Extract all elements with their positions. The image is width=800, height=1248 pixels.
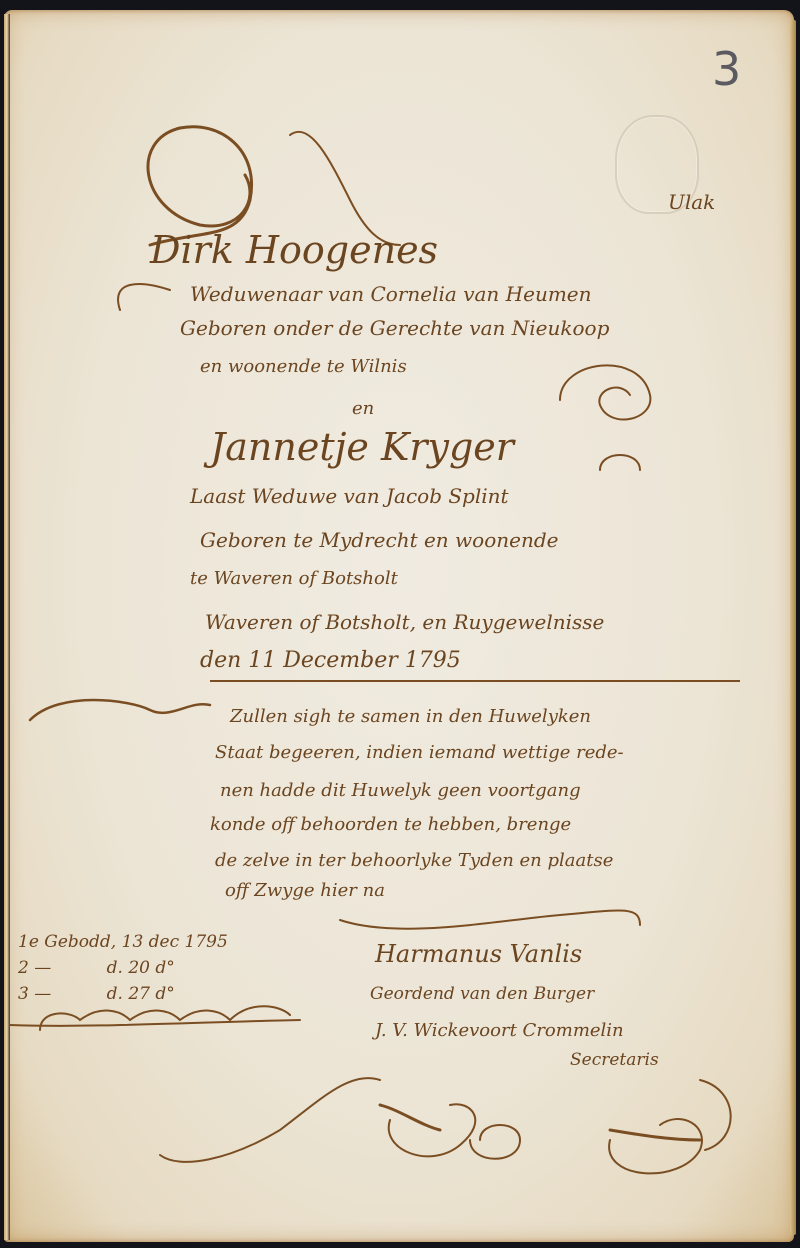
signature-1: Harmanus Vanlis [375, 940, 582, 968]
place-line: Waveren of Botsholt, en Ruygewelnisse [205, 610, 604, 634]
body-line-6: off Zwyge hier na [225, 880, 385, 901]
banns-1-date: 13 dec 1795 [122, 932, 228, 952]
date-line: den 11 December 1795 [200, 648, 461, 673]
signature-2: J. V. Wickevoort Crommelin [375, 1020, 624, 1041]
body-line-5: de zelve in ter behoorlyke Tyden en plaa… [215, 850, 613, 871]
bride-name: Jannetje Kryger [210, 425, 514, 469]
banns-3: 3 — d. 27 d° [18, 984, 175, 1004]
body-line-2: Staat begeeren, indien iemand wettige re… [215, 742, 624, 763]
divider-rule [210, 680, 740, 682]
conjunction: en [352, 398, 374, 419]
signature-line-2: Geordend van den Burger [370, 984, 594, 1004]
bride-line-1: Laast Weduwe van Jacob Splint [190, 484, 509, 508]
banns-1: 1e Gebodd, 13 dec 1795 [18, 932, 228, 952]
signature-title: Secretaris [570, 1050, 659, 1070]
body-line-4: konde off behoorden te hebben, brenge [210, 814, 571, 835]
groom-line-3: en woonende te Wilnis [200, 356, 407, 377]
bride-line-2: Geboren te Mydrecht en woonende [200, 528, 559, 552]
body-line-1: Zullen sigh te samen in den Huwelyken [230, 706, 591, 727]
groom-line-2: Geboren onder de Gerechte van Nieukoop [180, 316, 609, 340]
banns-1-label: 1e Gebodd, [18, 932, 116, 952]
groom-name: Dirk Hoogenes [150, 228, 438, 272]
bride-line-3: te Waveren of Botsholt [190, 568, 398, 589]
banns-2-date: d. 20 d° [107, 958, 175, 978]
banns-2: 2 — d. 20 d° [18, 958, 175, 978]
banns-3-date: d. 27 d° [107, 984, 175, 1004]
groom-line-1: Weduwenaar van Cornelia van Heumen [190, 282, 592, 306]
banns-2-label: 2 — [18, 958, 51, 978]
body-line-3: nen hadde dit Huwelyk geen voortgang [220, 780, 581, 801]
banns-3-label: 3 — [18, 984, 51, 1004]
